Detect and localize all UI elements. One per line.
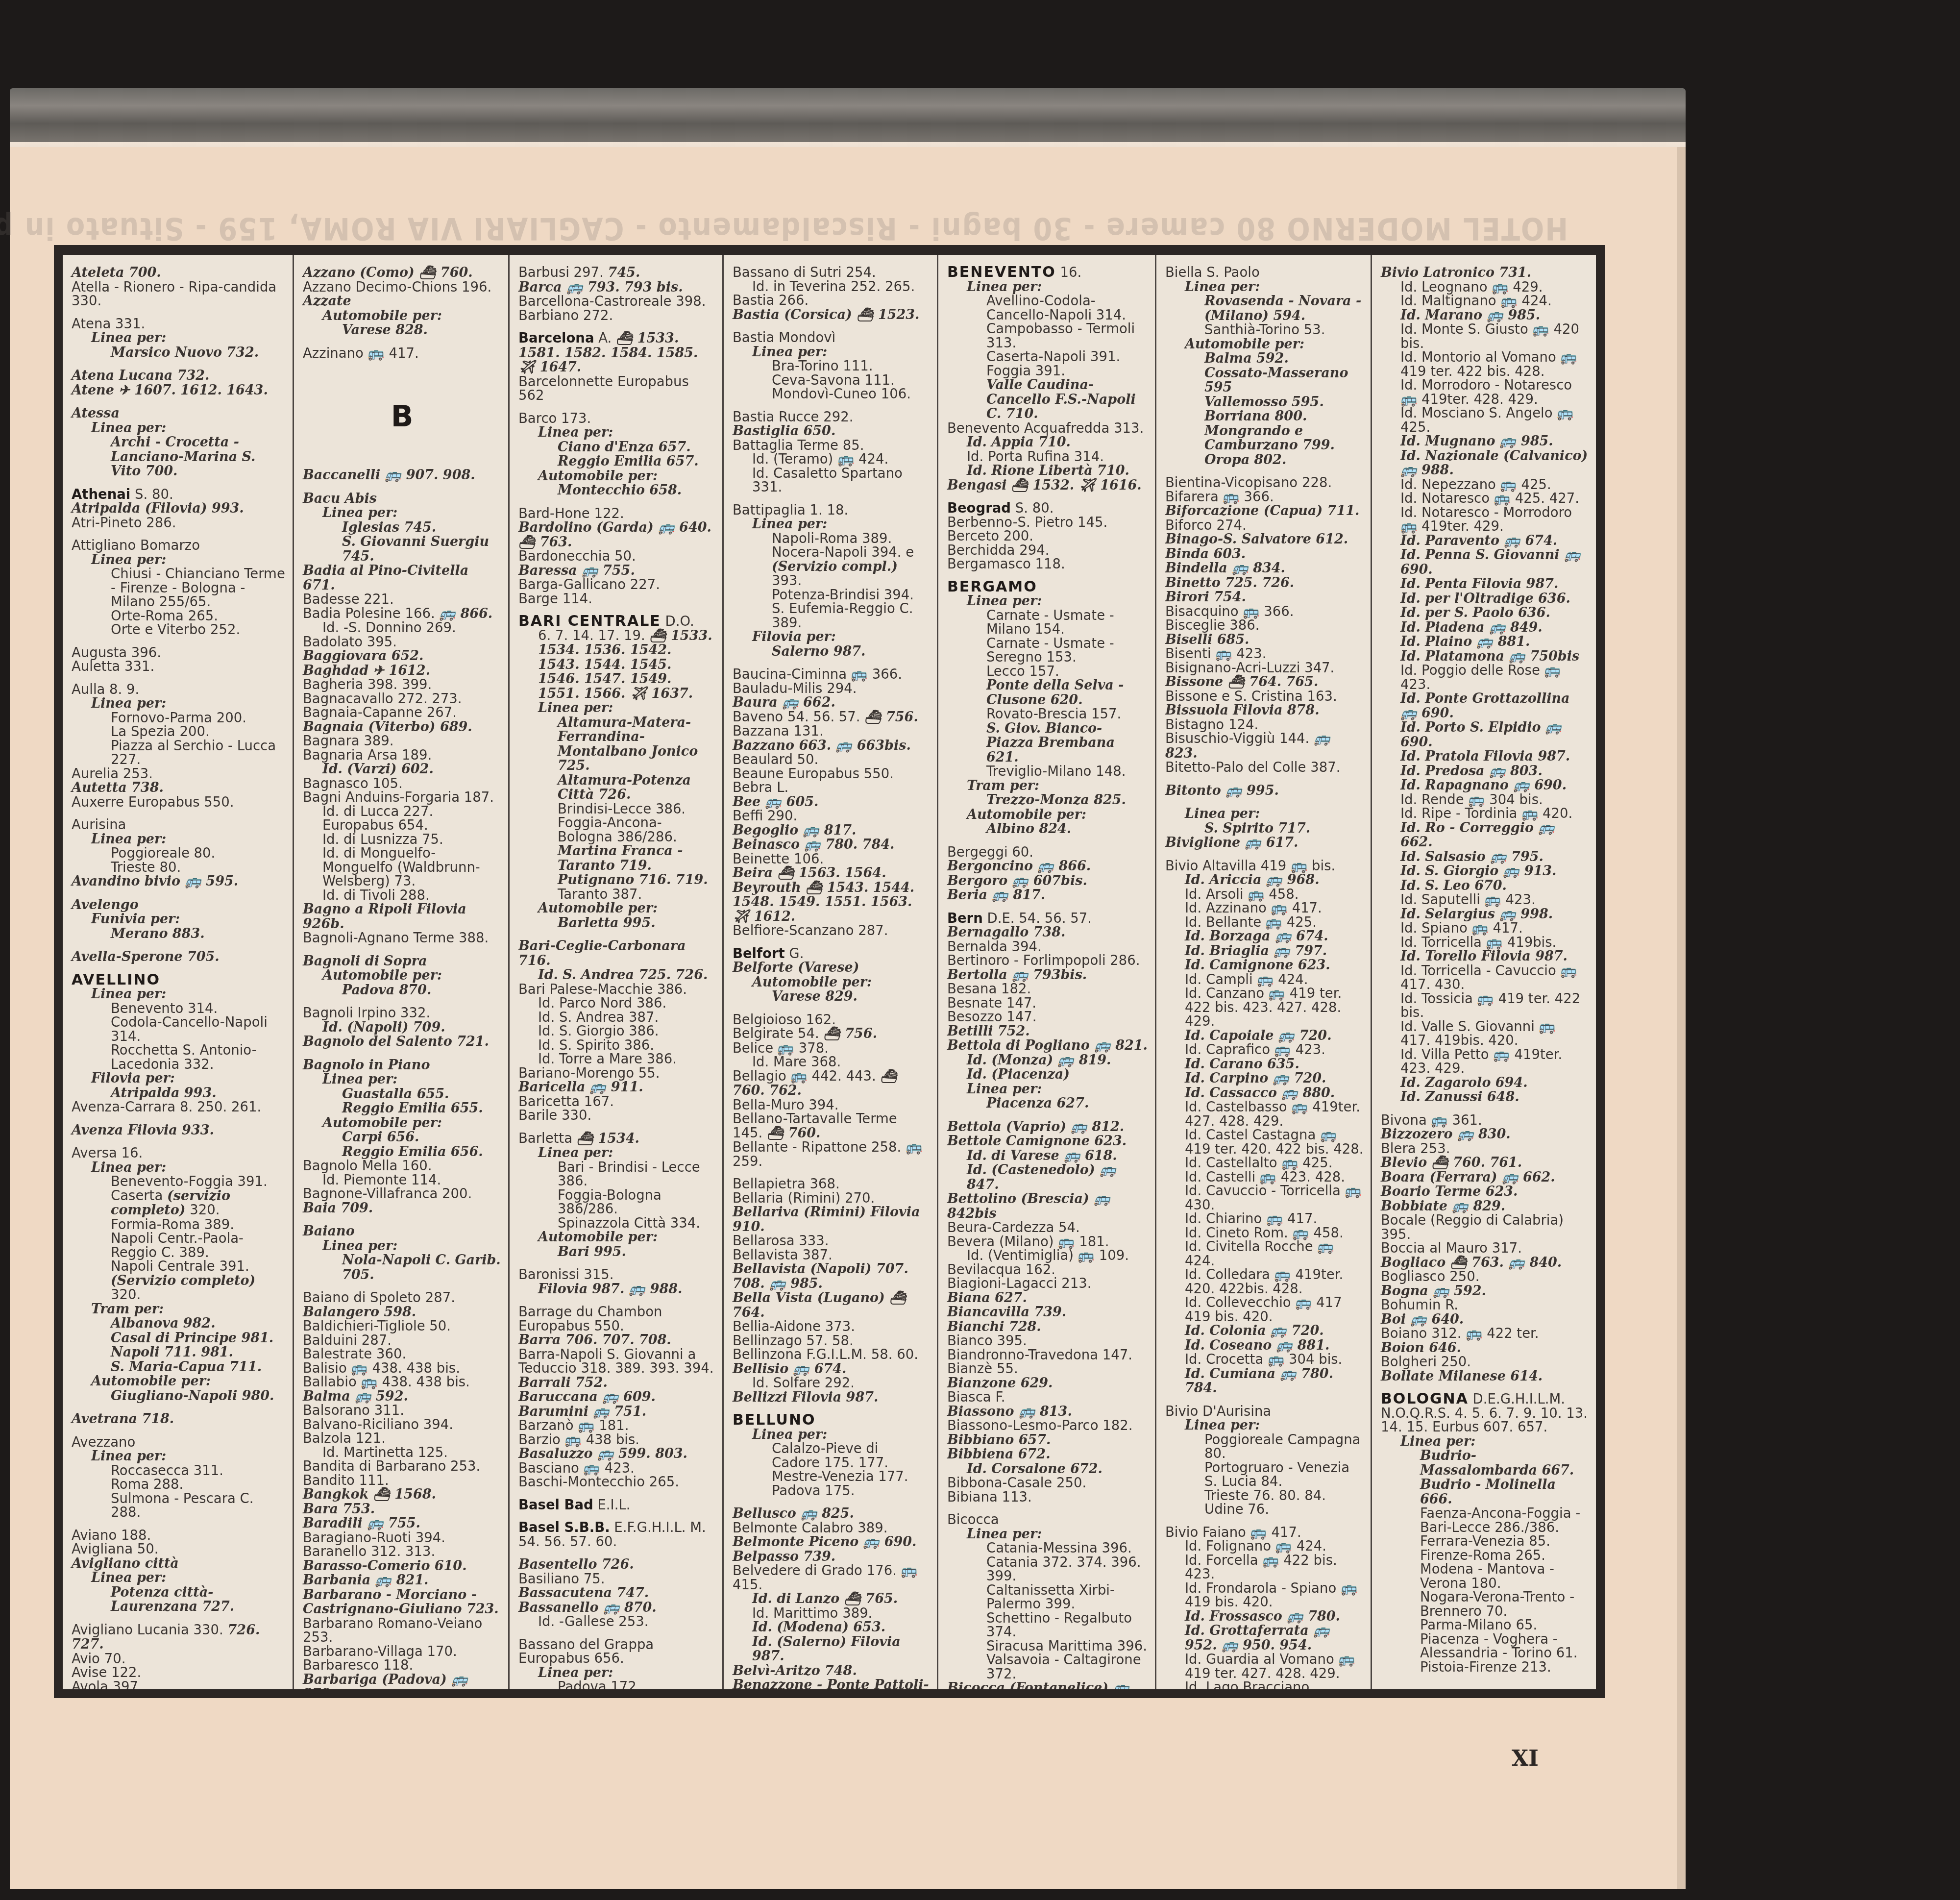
entry-text: Id. Montorio al Vomano 🚌 419 ter. 422 bi… [1400,349,1577,379]
index-subentry: Id. Chiarino 🚌 417. [1165,1212,1364,1226]
index-subentry: Taranto 387. [518,888,715,902]
index-subentry: Id. Casaletto Spartano 331. [733,467,930,494]
index-entry: Biancavilla 739. [947,1305,1148,1320]
index-entry: Berbenno-S. Pietro 145. [947,516,1148,530]
entry-text: Treviglio-Milano 148. [986,764,1126,779]
index-subentry: Automobile per: [947,808,1148,822]
entry-text: Padova 172. [558,1679,641,1689]
index-subentry: Poggioreale 80. [72,846,286,861]
entry-text: Bianchi 728. [947,1319,1041,1334]
index-subentry: Id. Martinetta 125. [303,1446,501,1460]
index-subentry: Id. Piadena 🚌 849. [1381,620,1589,635]
entry-text: Catania-Messina 396. [986,1540,1132,1556]
index-entry: Biforcazione (Capua) 711. [1165,504,1364,518]
entry-text: Biandronno-Travedona 147. [947,1347,1132,1363]
index-entry: Barasso-Comerio 610. [303,1559,501,1574]
entry-text: Ballabio 🚌 438. 438 bis. [303,1374,470,1390]
entry-text: Id. Caprafico 🚌 423. [1185,1042,1325,1058]
index-entry: Bagnoli di Sopra [303,954,501,969]
index-entry: Bellusco 🚌 825. [733,1506,930,1521]
entry-text: Bernagallo 738. [947,925,1065,940]
entry-text: Avio 70. [72,1651,125,1667]
index-subentry: Id. Predosa 🚌 803. [1381,764,1589,779]
entry-text: Baggiovara 652. [303,648,423,664]
entry-text: Balma 🚌 592. [303,1389,408,1404]
entry-text: Bivio D'Aurisina [1165,1404,1271,1419]
entry-text: Belforte (Varese) [733,960,859,975]
entry-text: Bellavista (Napoli) 707. 708. 🚌 985. [733,1261,908,1291]
index-entry: Baghdad ✈ 1612. [303,664,501,678]
index-subentry: Atripalda 993. [72,1086,286,1101]
entry-text: 745. [608,265,640,280]
entry-text: Id. Castellalto 🚌 425. [1185,1155,1332,1171]
entry-text: Altamura-Potenza Città 726. [558,773,691,803]
index-subentry: Cossato-Masserano 595 [1165,366,1364,395]
index-entry: Battaglia Terme 85. [733,439,930,453]
index-entry: Ballabio 🚌 438. 438 bis. [303,1375,501,1389]
index-entry: Balzola 121. [303,1431,501,1446]
index-subentry: Fornovo-Parma 200. [72,711,286,725]
entry-bold-name: Belfort [733,946,785,962]
index-subentry: Vallemosso 595. [1165,395,1364,410]
index-subentry: Id. Ponte Grottazollina 🚌 690. [1381,691,1589,720]
entry-text: Linea per: [752,1427,827,1442]
entry-text: Bellarosa 333. [733,1233,829,1249]
index-entry: Beinasco 🚌 780. 784. [733,838,930,852]
index-entry: AVELLINO [72,973,286,987]
entry-text: Benevento 314. [111,1001,218,1016]
index-entry: Bivio Faiano 🚌 417. [1165,1526,1364,1540]
index-subentry: Id. Forcella 🚌 422 bis. 423. [1165,1554,1364,1581]
index-column-7: Bivio Latronico 731.Id. Leognano 🚌 429.I… [1372,255,1596,1689]
index-entry: Avise 122. [72,1666,286,1680]
index-entry: Bee 🚌 605. [733,795,930,810]
entry-text: Bellavista 387. [733,1247,833,1263]
index-entry: Bergoro 🚌 607bis. [947,874,1148,888]
index-entry: Balduini 287. [303,1333,501,1348]
index-entry: Avetrana 718. [72,1412,286,1427]
entry-text: Bagnone-Villafranca 200. [303,1186,472,1202]
entry-text: Id. Canzano 🚌 419 ter. 422 bis. 423. 427… [1185,986,1342,1029]
index-entry: Atella - Rionero - Ripa-candida 330. [72,280,286,308]
index-subentry: Budrio-Massalombarda 667. [1381,1449,1589,1478]
index-entry: Boi 🚌 640. [1381,1312,1589,1327]
entry-text: Id. S. Spirito 386. [538,1037,654,1053]
index-subentry: Id. Solfare 292. [733,1376,930,1390]
index-entry: Bifarera 🚌 366. [1165,490,1364,504]
entry-text: G. [785,946,804,962]
entry-text: Bella Vista (Lugano) ⛴ 764. [733,1290,906,1320]
entry-text: Id. Appia 710. [967,435,1071,450]
entry-text: Rocchetta S. Antonio-Lacedonia 332. [111,1042,257,1072]
index-entry: Berchidda 294. [947,543,1148,558]
index-subentry: Linea per: [303,1072,501,1087]
entry-text: Attigliano Bomarzo [72,538,200,553]
entry-text: Id. Piadena 🚌 849. [1400,620,1543,635]
index-entry: Bagnoli Irpino 332. [303,1006,501,1020]
index-entry: Barcelonnette Europabus 562 [518,375,715,403]
entry-text: Baschi-Montecchio 265. [518,1474,679,1490]
index-entry: Blera 253. [1381,1142,1589,1156]
index-entry: Bassano di Sutri 254. [733,266,930,280]
index-subentry: Id. Carpino 🚌 720. [1165,1071,1364,1086]
entry-text: Linea per: [322,1072,397,1087]
entry-text: D.E. 54. 56. 57. [983,911,1092,926]
index-entry: Bardonecchia 50. [518,549,715,564]
index-subentry: Ponte della Selva - Clusone 620. [947,678,1148,707]
entry-text: Id. Zagarolo 694. [1400,1075,1528,1090]
entry-text: Bianco 395. [947,1333,1027,1349]
index-subentry: Linea per: [518,425,715,440]
entry-text: Balma 592. [1204,351,1289,366]
entry-text: Albanova 982. [111,1316,216,1331]
index-entry: Beyrouth ⛴ 1543. 1544. 1548. 1549. 1551.… [733,881,930,924]
entry-text: Borriana 800. [1204,409,1307,424]
index-entry: Bella-Muro 394. [733,1098,930,1112]
entry-text: Id. Nazionale (Calvanico) 🚌 988. [1400,448,1588,478]
index-entry: Bern D.E. 54. 56. 57. [947,912,1148,926]
index-entry: Basaluzzo 🚌 599. 803. [518,1447,715,1461]
index-entry: Auletta 331. [72,660,286,674]
entry-text: Avigliana 50. [72,1541,158,1557]
entry-text: Id. Platamona 🚌 750bis [1400,649,1579,664]
entry-text: Barbania 🚌 821. [303,1573,428,1588]
entry-text: Bolgheri 250. [1381,1354,1471,1370]
entry-text: Id. Lago Bracciano Europabus 655. [1185,1679,1309,1689]
index-entry: Bellavista 387. [733,1248,930,1262]
index-subentry: Automobile per: [72,1374,286,1389]
entry-text: Berbenno-S. Pietro 145. [947,515,1107,530]
entry-text: Bardonecchia 50. [518,548,636,564]
entry-text: Bellante - Ripattone 258. 🚌 259. [733,1139,922,1169]
entry-text: Automobile per: [91,1374,211,1389]
entry-text: Baiano di Spoleto 287. [303,1290,455,1306]
index-entry: Benevento Acquafredda 313. [947,421,1148,436]
index-subentry: Id. Mare 368. [733,1055,930,1069]
index-subentry: Padova 175. [733,1484,930,1498]
entry-text: Napoli-Roma 389. [772,531,892,546]
entry-text: Biasca F. [947,1389,1005,1405]
entry-text: Id. Morrodoro - Notaresco 🚌 419ter. 428.… [1400,377,1572,407]
entry-text: Battipaglia 1. 18. [733,502,848,518]
entry-text: Salerno 987. [772,644,865,659]
index-subentry: Catania-Messina 396. [947,1541,1148,1555]
index-entry: Beaulard 50. [733,753,930,767]
entry-text: Bastia Rucce 292. [733,409,854,425]
index-entry: Bella Vista (Lugano) ⛴ 764. [733,1291,930,1320]
entry-text: Linea per: [967,593,1042,609]
index-entry: Berceto 200. [947,529,1148,543]
index-entry: Bianzone 629. [947,1376,1148,1391]
entry-text: Linea per: [1185,1418,1260,1433]
entry-text: Barga-Gallicano 227. [518,577,660,592]
index-entry: BERGAMO [947,580,1148,594]
entry-text: Baronissi 315. [518,1267,614,1283]
index-subentry: Id. di Tivoli 288. [303,888,501,903]
index-subentry: Mongrando e Camburzano 799. [1165,424,1364,453]
entry-text: Autetta 738. [72,780,164,795]
index-entry: Besnate 147. [947,996,1148,1011]
index-subentry: Id. Rione Libertà 710. [947,464,1148,478]
index-subentry: Id. Guardia al Vomano 🚌 419 ter. 427. 42… [1165,1653,1364,1680]
entry-text: Atri-Pineto 286. [72,515,176,531]
entry-text: Barzio 🚌 438 bis. [518,1432,639,1448]
index-subentry: Spinazzola Città 334. [518,1216,715,1231]
index-subentry: Linea per: [1381,1434,1589,1449]
entry-text: Barrage du Chambon Europabus 550. [518,1304,662,1334]
entry-text: Id. di Lucca 227. Europabus 654. [322,804,433,834]
index-entry: Balma 🚌 592. [303,1389,501,1404]
index-subentry: Id. Camignone 623. [1165,958,1364,973]
entry-text: Beria 🚌 817. [947,888,1045,903]
index-subentry: S. Giov. Bianco-Piazza Brembana 621. [947,721,1148,765]
index-entry: Bellizzi Filovia 987. [733,1390,930,1405]
index-entry: Bellaria (Rimini) 270. [733,1191,930,1206]
index-subentry: Id. Arsoli 🚌 458. [1165,888,1364,902]
entry-text: Balvano-Riciliano 394. [303,1417,453,1432]
index-subentry: Id. Spiano 🚌 417. [1381,921,1589,936]
index-subentry: Id. Coseano 🚌 881. [1165,1338,1364,1353]
entry-text: Nogara-Verona-Trento -Brennero 70. [1420,1589,1574,1619]
index-entry: Barbaresco 118. [303,1658,501,1673]
entry-text: Id. Marano 🚌 985. [1400,308,1540,323]
entry-text: Id. Briaglia 🚌 797. [1185,943,1327,959]
index-subentry: Id. Pratola Filovia 987. [1381,749,1589,764]
index-entry: Baldichieri-Tigliole 50. [303,1319,501,1333]
index-entry: Bettola di Pogliano 🚌 821. [947,1038,1148,1053]
index-subentry: Linea per: [947,280,1148,295]
entry-text: Linea per: [91,832,166,847]
entry-text: Binetto 725. 726. [1165,575,1294,591]
entry-text: Id. (Castenedolo) 🚌 847. [967,1162,1116,1192]
index-entry: Barile 330. [518,1109,715,1123]
entry-text: Siracusa Marittima 396. [986,1638,1147,1654]
entry-text: Id. Porto S. Elpidio 🚌 690. [1400,720,1562,750]
index-entry: Bisenti 🚌 423. [1165,647,1364,661]
entry-text: Roma 288. [111,1477,183,1492]
index-subentry: Linea per: [1165,280,1364,295]
entry-text: Bogna 🚌 592. [1381,1283,1486,1299]
index-entry: Bogliaco ⛴ 763. 🚌 840. [1381,1256,1589,1270]
index-entry: Bivio Latronico 731. [1381,266,1589,280]
entry-text: Id. (Piacenza) [967,1067,1070,1082]
index-subentry: Id. Castellalto 🚌 425. [1165,1156,1364,1170]
entry-text: La Spezia 200. [111,724,210,740]
entry-bold-name: Barcelona [518,330,594,346]
index-subentry: Carnate - Usmate - Seregno 153. [947,637,1148,665]
index-entry: Barrali 752. [518,1376,715,1390]
entry-text: Bagnara 389. [303,733,394,749]
entry-text: Funivia per: [91,912,180,927]
entry-text: Bellagio 🚌 442. 443. [733,1068,881,1084]
entry-text: Beira ⛴ 1563. 1564. [733,865,886,881]
entry-text: Linea per: [91,1449,166,1464]
entry-text: Balsorano 311. [303,1403,404,1418]
entry-text: Tram per: [967,778,1039,793]
index-entry: Biselli 685. [1165,633,1364,647]
index-entry: Biagioni-Lagacci 213. [947,1277,1148,1291]
entry-text: Linea per: [322,505,397,520]
entry-text: Budrio - Molinella 666. [1420,1477,1556,1507]
index-entry: Belmonte Calabro 389. [733,1521,930,1535]
entry-text: Beura-Cardezza 54. [947,1220,1080,1235]
index-entry: Beura-Cardezza 54. [947,1221,1148,1235]
index-entry: Bivio D'Aurisina [1165,1405,1364,1419]
index-entry: Aversa 16. [72,1146,286,1160]
entry-text: Beinette 106. [733,851,824,867]
index-subentry: Altamura-Matera-Ferrandina-Montalbano Jo… [518,716,715,773]
index-entry: Bobbiate 🚌 829. [1381,1199,1589,1214]
index-subentry: Albanova 982. [72,1316,286,1331]
index-subentry: Reggio Emilia 655. [303,1101,501,1116]
entry-text: Benevento Acquafredda 313. [947,420,1144,436]
index-entry: Baveno 54. 56. 57. ⛴ 756. [733,710,930,725]
entry-text: Barra 706. 707. 708. [518,1332,671,1348]
entry-text: Besozzo 147. [947,1009,1037,1025]
entry-text: Baiano [303,1224,355,1239]
index-subentry: Treviglio-Milano 148. [947,765,1148,779]
entry-text: Linea per: [752,345,827,360]
entry-text: Filovia per: [752,629,836,644]
index-entry: Bagnaia-Capanne 267. [303,706,501,720]
index-entry: Belvì-Aritzo 748. [733,1664,930,1678]
entry-text: Barbariga (Padova) 🚌 879. [303,1672,468,1690]
index-subentry: Linea per: [72,832,286,847]
index-subentry: Udine 76. [1165,1503,1364,1517]
index-subentry: Automobile per: [733,975,930,990]
index-subentry: Id. Selargius 🚌 998. [1381,907,1589,922]
index-entry: BOLOGNA D.E.G.H.I.L.M. N.O.Q.R.S. 4. 5. … [1381,1392,1589,1434]
index-subentry: Id. Cineto Rom. 🚌 458. [1165,1226,1364,1240]
entry-text: Id. di Tivoli 288. [322,888,430,903]
entry-text: Bisacquino 🚌 366. [1165,604,1294,619]
entry-text: Bindella 🚌 834. [1165,561,1285,576]
index-entry: Bizzozero 🚌 830. [1381,1127,1589,1142]
entry-text: Bardolino (Garda) 🚌 640. ⛴ 763. [518,520,711,550]
index-subentry: Modena - Mantova - Verona 180. [1381,1562,1589,1590]
index-subentry: Foggia-Bologna 386/286. [518,1188,715,1216]
entry-text: Begoglio 🚌 817. [733,823,856,838]
entry-text: Biella S. Paolo [1165,265,1260,280]
index-subentry: Napoli 711. 981. [72,1345,286,1360]
entry-text: Baradili 🚌 755. [303,1516,420,1531]
entry-heading: BELLUNO [733,1411,816,1429]
index-subentry: Id. (Napoli) 709. [303,1020,501,1035]
index-subentry: Carnate - Usmate - Milano 154. [947,609,1148,637]
index-entry: Avigliano Lucania 330. 726. 727. [72,1623,286,1652]
index-entry: Baura 🚌 662. [733,695,930,710]
index-entry: Atessa [72,406,286,421]
entry-text: Id. Cineto Rom. 🚌 458. [1185,1225,1344,1241]
index-subentry: Filovia 987. 🚌 988. [518,1282,715,1297]
entry-text: Baucina-Ciminna 🚌 366. [733,666,902,682]
index-entry: Azzano Decimo-Chions 196. [303,280,501,295]
entry-text: Id. Ponte Grottazollina 🚌 690. [1400,691,1570,721]
entry-text: D.O. [661,614,694,629]
index-entry: Balisio 🚌 438. 438 bis. [303,1361,501,1376]
entry-text: Bivona 🚌 361. [1381,1112,1482,1128]
entry-text: Automobile per: [322,308,442,323]
entry-text: Orte-Roma 265. [111,608,218,624]
index-subentry: Id. in Teverina 252. 265. [733,280,930,294]
entry-text: Bogliaco ⛴ 763. 🚌 840. [1381,1255,1562,1270]
entry-text: Azzano (Como) ⛴ 760. [303,265,473,280]
index-column-4: Bassano di Sutri 254.Id. in Teverina 252… [724,255,938,1689]
index-entry: Basiliano 75. [518,1572,715,1586]
index-entry: Baronissi 315. [518,1268,715,1282]
entry-text: Id. Civitella Rocche 🚌 424. [1185,1239,1334,1269]
entry-text: Id. Maltignano 🚌 424. [1400,293,1552,309]
entry-text: Faenza-Ancona-Foggia -Bari-Lecce 286./38… [1420,1505,1580,1535]
entry-text: Id. per S. Paolo 636. [1400,605,1550,620]
entry-text: Boion 646. [1381,1340,1461,1356]
index-entry: Barbarano-Villaga 170. [303,1645,501,1659]
entry-heading: BENEVENTO [947,264,1056,281]
index-subentry: Iglesias 745. [303,520,501,535]
entry-text: Mestre-Venezia 177. [772,1469,908,1484]
entry-text: Bagnasco 105. [303,776,403,791]
entry-text: Merano 883. [111,926,205,941]
index-entry: Beaune Europabus 550. [733,767,930,781]
entry-text: Bertolla 🚌 793bis. [947,967,1087,983]
index-subentry: Id. Frondarola - Spiano 🚌 419 bis. 420. [1165,1581,1364,1609]
index-subentry: Id. di Varese 🚌 618. [947,1149,1148,1163]
index-subentry: Rovasenda - Novara - (Milano) 594. [1165,294,1364,323]
index-subentry: Bra-Torino 111. [733,359,930,373]
entry-text: 🚌 866. [439,606,492,621]
index-subentry: Varese 829. [733,989,930,1004]
index-subentry: Roccasecca 311. [72,1464,286,1478]
index-entry: Barbarano - Morciano - Castrignano-Giuli… [303,1588,501,1617]
entry-text: Foggia-Ancona-Bologna 386/286. [558,815,677,845]
index-entry: Balvano-Riciliano 394. [303,1418,501,1432]
index-subentry: Caserta (servizio completo) 320. [72,1189,286,1218]
index-subentry: Id. di Lucca 227. Europabus 654. [303,805,501,833]
entry-text: Id. Saputelli 🚌 423. [1400,892,1536,908]
index-subentry: Linea per: [72,1571,286,1585]
entry-text: Id. Plaino 🚌 881. [1400,634,1530,649]
index-entry: Bissone ⛴ 764. 765. [1165,675,1364,690]
index-entry: Birori 754. [1165,590,1364,605]
entry-text: Id. Penna S. Giovanni 🚌 690. [1400,547,1581,577]
entry-text: S. Giov. Bianco-Piazza Brembana 621. [986,721,1115,765]
entry-text: Linea per: [1400,1434,1475,1449]
entry-text: Bibbiena 672. [947,1447,1051,1462]
index-subentry: Filovia per: [72,1071,286,1086]
entry-text: Orte e Viterbo 252. [111,622,240,638]
index-subentry: Id. Folignano 🚌 424. [1165,1539,1364,1554]
index-subentry: Id. Carano 635. [1165,1057,1364,1072]
index-subentry: S. Maria-Capua 711. [72,1360,286,1375]
index-subentry: Borriana 800. [1165,409,1364,424]
entry-text: Id. Chiarino 🚌 417. [1185,1211,1317,1227]
entry-text: Santhià-Torino 53. [1204,322,1325,338]
entry-text: Id. di Lusnizza 75. [322,832,443,847]
index-subentry: Id. Collevecchio 🚌 417 419 bis. 420. [1165,1296,1364,1324]
index-subentry: Valsavoia - Caltagirone 372. [947,1653,1148,1681]
entry-text: Bagnacavallo 272. 273. [303,691,462,707]
index-subentry: Id. Bellante 🚌 425. [1165,915,1364,930]
index-entry: Barra 706. 707. 708. [518,1333,715,1348]
entry-text: Campobasso - Termoli 313. [986,321,1135,351]
index-subentry: 6. 7. 14. 17. 19. ⛴ 1533. 1534. 1536. 15… [518,629,715,701]
entry-text: Napoli Centrale 391. [111,1258,249,1274]
entry-text: Id. Piemonte 114. [322,1172,441,1188]
entry-text: Id. Rapagnano 🚌 690. [1400,778,1567,793]
entry-text: Barumini 🚌 751. [518,1404,646,1419]
entry-text: Automobile per: [322,968,442,983]
entry-text: Biviglione 🚌 617. [1165,835,1298,850]
